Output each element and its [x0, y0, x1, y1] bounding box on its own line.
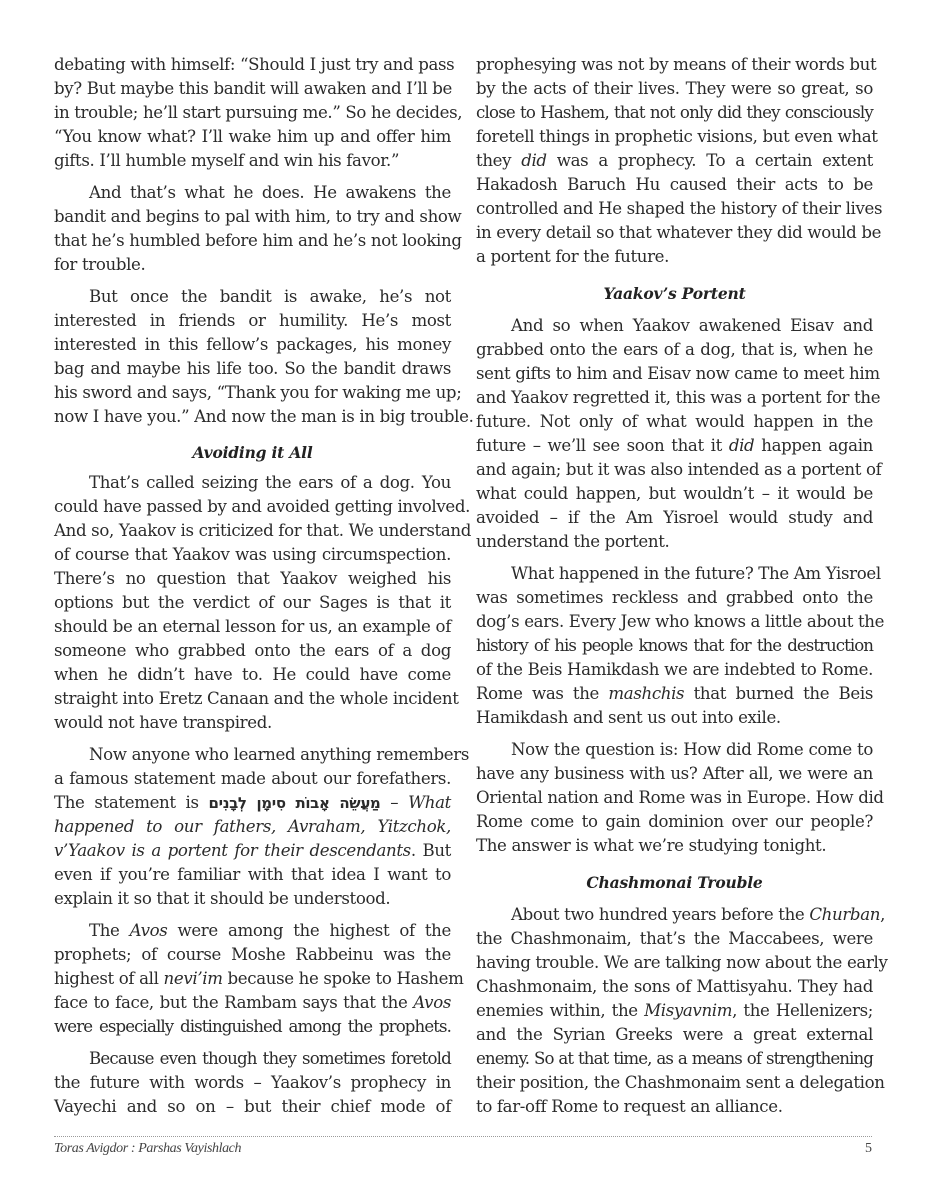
text-run: The statement is [54, 793, 209, 812]
text-line: by? But maybe this bandit will awaken an… [54, 77, 451, 101]
text-line: when he didn’t have to. He could have co… [54, 663, 451, 687]
text-line: interested in this fellow’s packages, hi… [54, 333, 451, 357]
text-line: Hamikdash and sent us out into exile. [476, 706, 873, 730]
section-heading-chashmonai-trouble: Chashmonai Trouble [476, 871, 873, 895]
text-line: About two hundred years before the Churb… [476, 903, 873, 927]
text-line: would not have transpired. [54, 711, 451, 735]
text-line: The answer is what we’re studying tonigh… [476, 834, 873, 858]
text-line: debating with himself: “Should I just tr… [54, 53, 451, 77]
text-line: and Yaakov regretted it, this was a port… [476, 386, 873, 410]
text-run: face to face, but the Rambam says that t… [54, 993, 413, 1012]
text-line: “You know what? I’ll wake him up and off… [54, 125, 451, 149]
text-line: a portent for the future. [476, 245, 873, 269]
text-line: for trouble. [54, 253, 451, 277]
text-line: could have passed by and avoided getting… [54, 495, 451, 519]
section-heading-avoiding-it-all: Avoiding it All [54, 441, 451, 465]
text-line: prophesying was not by means of their wo… [476, 53, 873, 77]
text-line: understand the portent. [476, 530, 873, 554]
text-run: because he spoke to Hashem [223, 969, 464, 988]
text-line: Rome come to gain dominion over our peop… [476, 810, 873, 834]
text-line: future – we’ll see soon that it did happ… [476, 434, 873, 458]
text-line: But once the bandit is awake, he’s not [54, 285, 451, 309]
text-line: and the Syrian Greeks were a great exter… [476, 1023, 873, 1047]
text-line: their position, the Chashmonaim sent a d… [476, 1071, 873, 1095]
text-run: , [880, 905, 885, 924]
text-line: the Chashmonaim, that’s the Maccabees, w… [476, 927, 873, 951]
text-line: avoided – if the Am Yisroel would study … [476, 506, 873, 530]
italic-text: Avos [413, 993, 451, 1012]
text-run: that burned the Beis [684, 684, 873, 703]
italic-text: did [521, 151, 547, 170]
text-line: And that’s what he does. He awakens the [54, 181, 451, 205]
hebrew-quote: מַעֲשֵׂה אָבוֹת סִימָן לְבָנִים [209, 794, 381, 812]
text-line: Chashmonaim, the sons of Mattisyahu. The… [476, 975, 873, 999]
text-line: and again; but it was also intended as a… [476, 458, 873, 482]
text-line: was sometimes reckless and grabbed onto … [476, 586, 873, 610]
text-line: close to Hashem, that not only did they … [476, 101, 873, 125]
text-line: a famous statement made about our forefa… [54, 767, 451, 791]
text-line: foretell things in prophetic visions, bu… [476, 125, 873, 149]
text-line: That’s called seizing the ears of a dog.… [54, 471, 451, 495]
text-run: . But [411, 841, 451, 860]
text-line: There’s no question that Yaakov weighed … [54, 567, 451, 591]
italic-text: What [408, 793, 451, 812]
text-run: – [380, 793, 408, 812]
text-line: And so, Yaakov is criticized for that. W… [54, 519, 451, 543]
text-run: The [89, 921, 130, 940]
italic-text: mashchis [608, 684, 684, 703]
text-line: Because even though they sometimes foret… [54, 1047, 451, 1071]
text-line: in trouble; he’ll start pursuing me.” So… [54, 101, 451, 125]
italic-text: did [729, 436, 755, 455]
text-line: in every detail so that whatever they di… [476, 221, 873, 245]
text-line: straight into Eretz Canaan and the whole… [54, 687, 451, 711]
text-line: options but the verdict of our Sages is … [54, 591, 451, 615]
text-run: were among the highest of the [167, 921, 451, 940]
text-line: even if you’re familiar with that idea I… [54, 863, 451, 887]
text-line: Hakadosh Baruch Hu caused their acts to … [476, 173, 873, 197]
text-run: they [476, 151, 521, 170]
text-line: And so when Yaakov awakened Eisav and [476, 314, 873, 338]
text-run: enemies within, the [476, 1001, 644, 1020]
text-line: someone who grabbed onto the ears of a d… [54, 639, 451, 663]
text-line: to far-off Rome to request an alliance. [476, 1095, 873, 1119]
text-line: gifts. I’ll humble myself and win his fa… [54, 149, 451, 173]
text-line: explain it so that it should be understo… [54, 887, 451, 911]
text-line: face to face, but the Rambam says that t… [54, 991, 451, 1015]
text-line: by the acts of their lives. They were so… [476, 77, 873, 101]
text-line: history of his people knows that for the… [476, 634, 873, 658]
text-line: Now the question is: How did Rome come t… [476, 738, 873, 762]
italic-text-line: happened to our fathers, Avraham, Yitzch… [54, 815, 451, 839]
text-line: Rome was the mashchis that burned the Be… [476, 682, 873, 706]
text-line: The Avos were among the highest of the [54, 919, 451, 943]
text-line: The statement is מַעֲשֵׂה אָבוֹת סִימָן … [54, 791, 451, 815]
text-line: what could happen, but wouldn’t – it wou… [476, 482, 873, 506]
text-line: that he’s humbled before him and he’s no… [54, 229, 451, 253]
text-line: bandit and begins to pal with him, to tr… [54, 205, 451, 229]
text-run: future – we’ll see soon that it [476, 436, 729, 455]
text-line: having trouble. We are talking now about… [476, 951, 873, 975]
italic-text: Misyavnim [644, 1001, 732, 1020]
text-line: Oriental nation and Rome was in Europe. … [476, 786, 873, 810]
text-run: highest of all [54, 969, 164, 988]
italic-text: Avos [130, 921, 168, 940]
text-line: were especially distinguished among the … [54, 1015, 451, 1039]
text-line: v’Yaakov is a portent for their descenda… [54, 839, 451, 863]
text-line: the future with words – Yaakov’s prophec… [54, 1071, 451, 1095]
italic-text: Churban [809, 905, 880, 924]
text-line: dog’s ears. Every Jew who knows a little… [476, 610, 873, 634]
text-run: About two hundred years before the [511, 905, 809, 924]
text-line: sent gifts to him and Eisav now came to … [476, 362, 873, 386]
text-line: Vayechi and so on – but their chief mode… [54, 1095, 451, 1119]
text-line: they did was a prophecy. To a certain ex… [476, 149, 873, 173]
text-line: grabbed onto the ears of a dog, that is,… [476, 338, 873, 362]
text-line: prophets; of course Moshe Rabbeinu was t… [54, 943, 451, 967]
running-title: Toras Avigdor : Parshas Vayishlach [54, 1141, 241, 1157]
text-line: should be an eternal lesson for us, an e… [54, 615, 451, 639]
text-run: , the Hellenizers; [732, 1001, 873, 1020]
text-line: his sword and says, “Thank you for wakin… [54, 381, 451, 405]
text-line: interested in friends or humility. He’s … [54, 309, 451, 333]
text-run: Rome was the [476, 684, 608, 703]
page-number: 5 [865, 1141, 872, 1157]
text-line: of course that Yaakov was using circumsp… [54, 543, 451, 567]
text-line: enemies within, the Misyavnim, the Helle… [476, 999, 873, 1023]
text-line: now I have you.” And now the man is in b… [54, 405, 451, 429]
italic-text: v’Yaakov is a portent for their descenda… [54, 841, 411, 860]
text-line: Now anyone who learned anything remember… [54, 743, 451, 767]
text-line: controlled and He shaped the history of … [476, 197, 873, 221]
text-run: happen again [754, 436, 873, 455]
section-heading-yaakovs-portent: Yaakov’s Portent [476, 282, 873, 306]
italic-text: nevi’im [164, 969, 223, 988]
text-run: was a prophecy. To a certain extent [547, 151, 873, 170]
text-line: future. Not only of what would happen in… [476, 410, 873, 434]
text-line: enemy. So at that time, as a means of st… [476, 1047, 873, 1071]
text-line: highest of all nevi’im because he spoke … [54, 967, 451, 991]
text-line: bag and maybe his life too. So the bandi… [54, 357, 451, 381]
text-line: What happened in the future? The Am Yisr… [476, 562, 873, 586]
footer-divider [54, 1136, 872, 1137]
text-line: of the Beis Hamikdash we are indebted to… [476, 658, 873, 682]
text-line: have any business with us? After all, we… [476, 762, 873, 786]
